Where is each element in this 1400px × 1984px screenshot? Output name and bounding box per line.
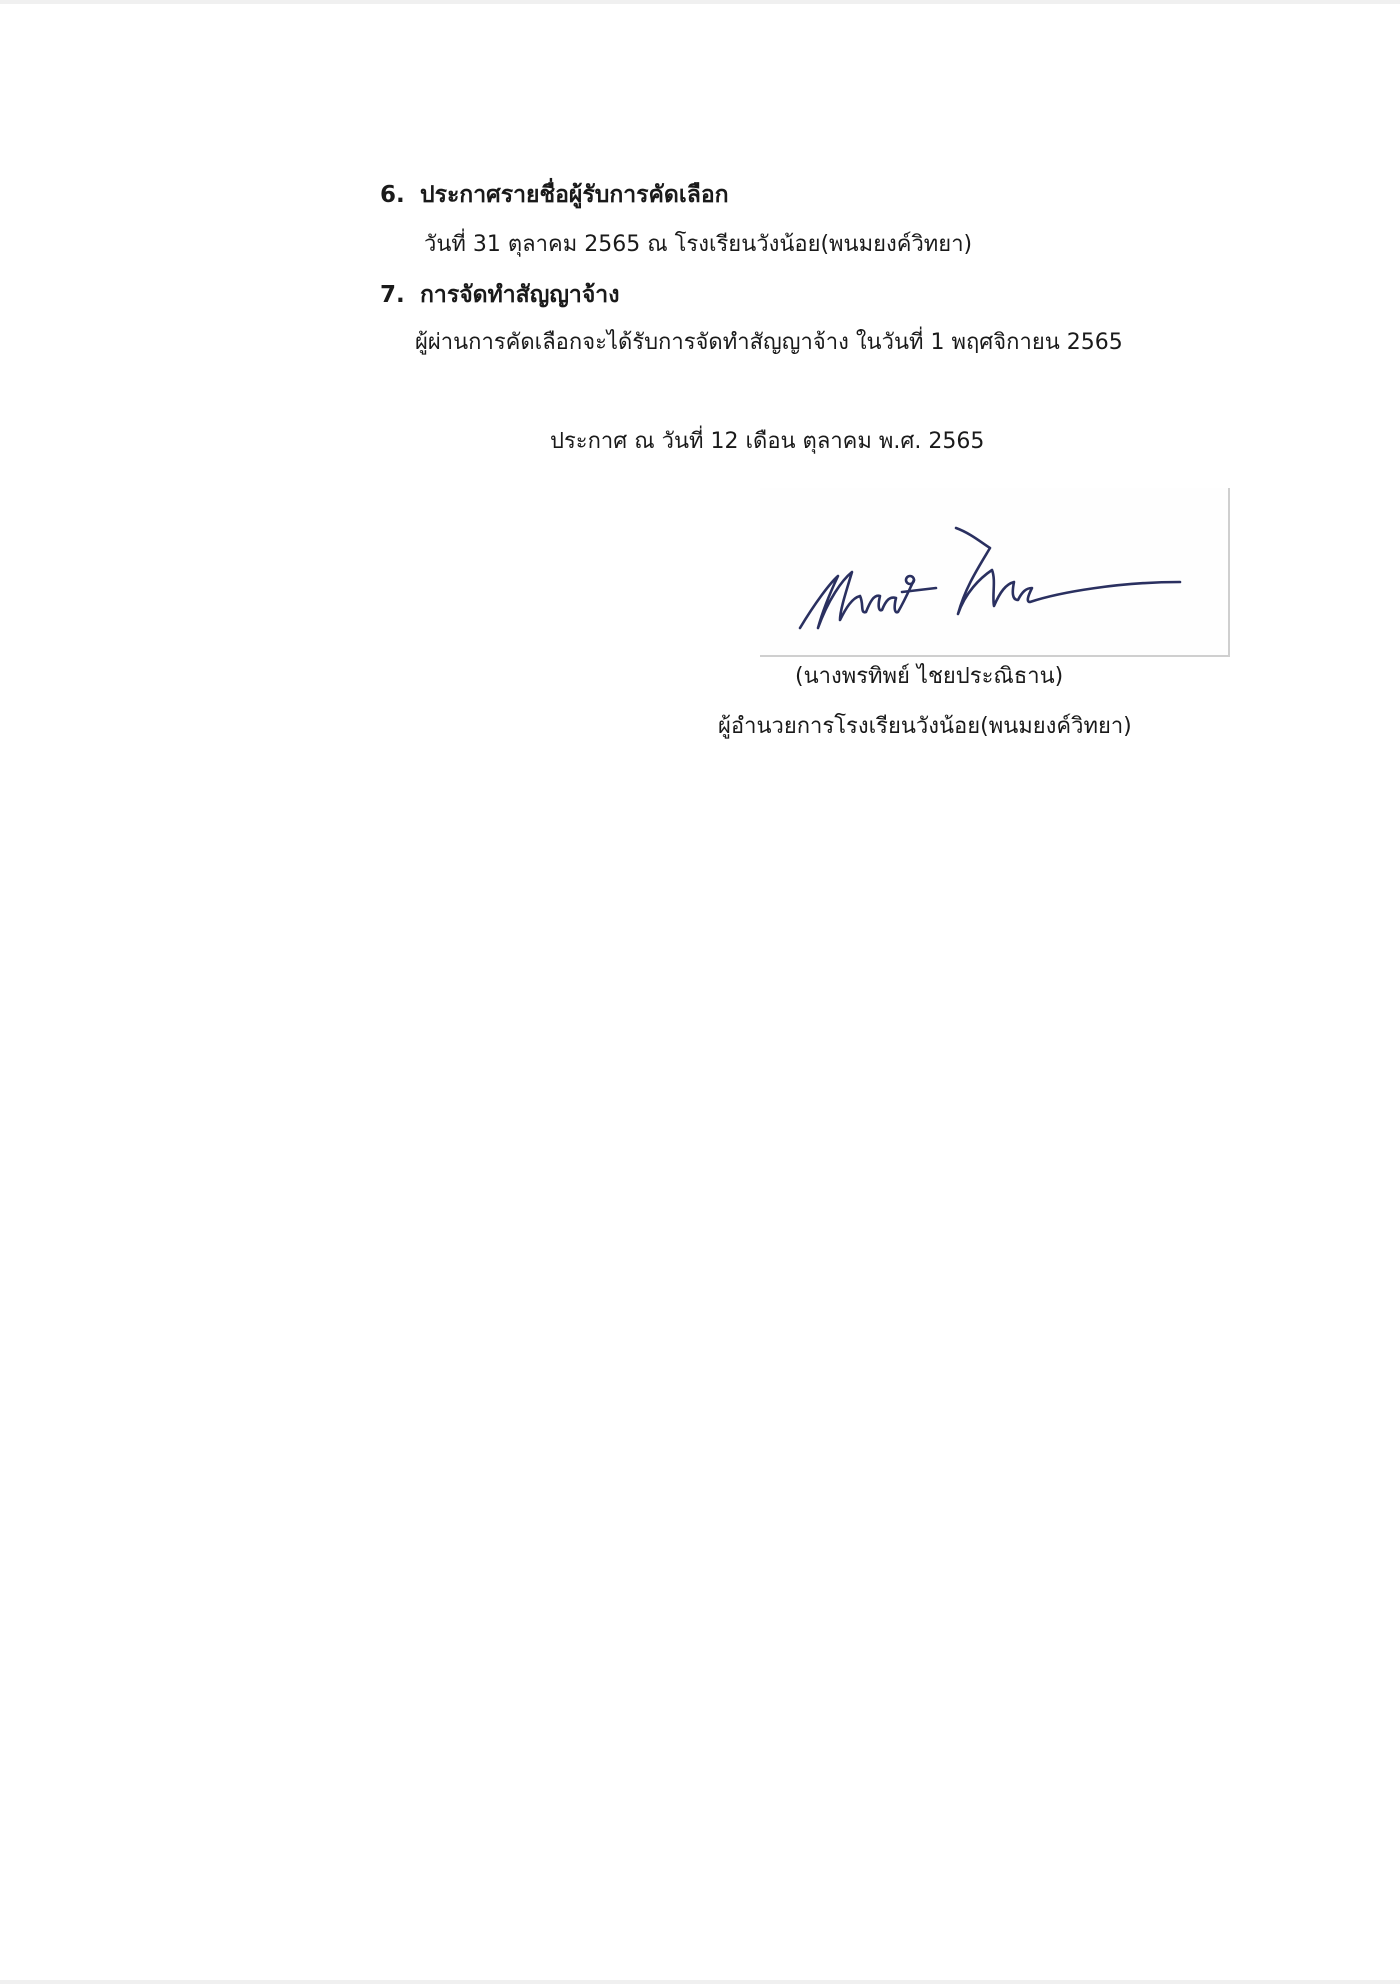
section-6-number: 6.: [380, 180, 420, 210]
announcement-date: ประกาศ ณ วันที่ 12 เดือน ตุลาคม พ.ศ. 256…: [550, 427, 984, 457]
section-7-number: 7.: [380, 280, 420, 310]
section-7-heading: 7.การจัดทำสัญญาจ้าง: [380, 280, 619, 310]
section-6-title: ประกาศรายชื่อผู้รับการคัดเลือก: [420, 182, 729, 208]
section-6-body: วันที่ 31 ตุลาคม 2565 ณ โรงเรียนวังน้อย(…: [424, 230, 972, 260]
signer-title: ผู้อำนวยการโรงเรียนวังน้อย(พนมยงค์วิทยา): [718, 712, 1132, 742]
page-bottom-edge: [0, 1980, 1400, 1984]
page-top-edge: [0, 0, 1400, 4]
section-7-body: ผู้ผ่านการคัดเลือกจะได้รับการจัดทำสัญญาจ…: [415, 328, 1123, 358]
section-6-heading: 6.ประกาศรายชื่อผู้รับการคัดเลือก: [380, 180, 729, 210]
section-7-title: การจัดทำสัญญาจ้าง: [420, 282, 619, 308]
signer-name: (นางพรทิพย์ ไชยประณิธาน): [795, 662, 1063, 692]
signature-box: [760, 488, 1230, 657]
signature-image: [760, 488, 1228, 655]
